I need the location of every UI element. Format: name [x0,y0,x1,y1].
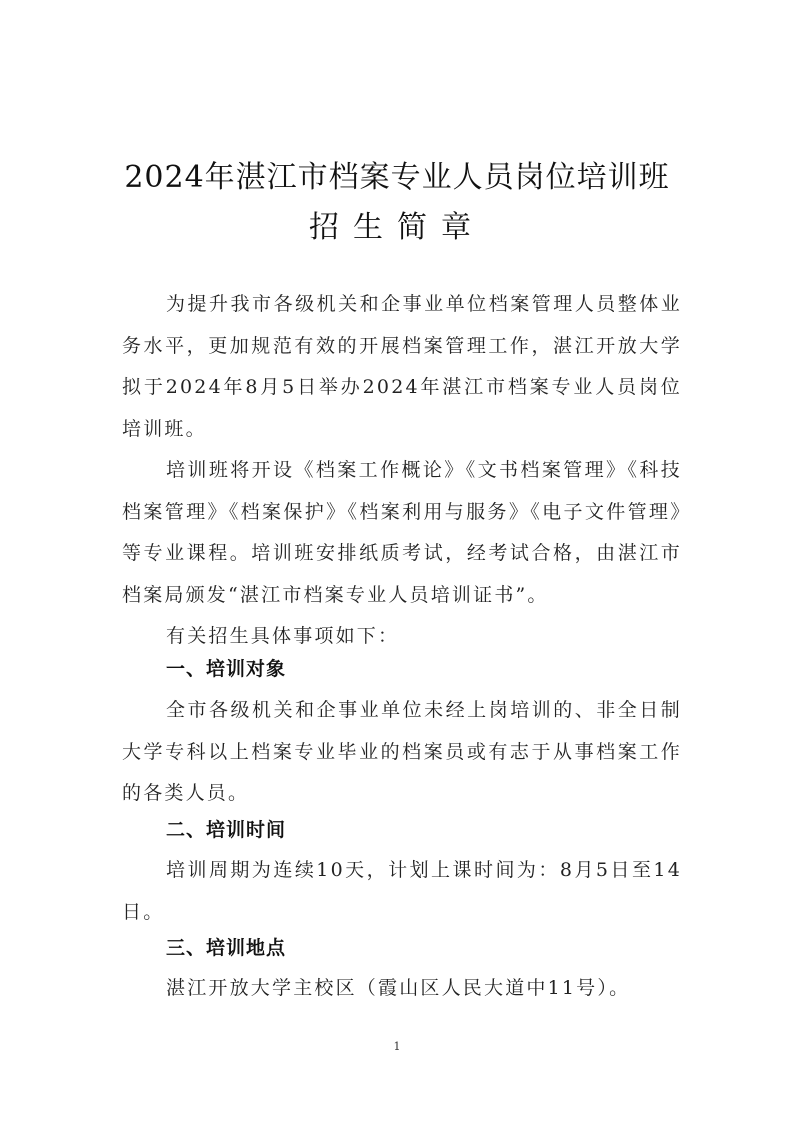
document-subtitle: 招生简章 [0,202,794,246]
details-lead-paragraph: 有关招生具体事项如下： [122,616,682,658]
section-heading-time: 二、培训时间 [166,815,286,842]
section-body-time: 培训周期为连续10天，计划上课时间为：8月5日至14日。 [122,850,682,933]
document-page: 2024年湛江市档案专业人员岗位培训班 招生简章 为提升我市各级机关和企事业单位… [0,0,794,1122]
section-heading-target: 一、培训对象 [166,654,286,681]
page-number: 1 [0,1040,794,1053]
section-heading-location: 三、培训地点 [166,933,286,960]
document-title: 2024年湛江市档案专业人员岗位培训班 [0,152,794,196]
intro-paragraph: 为提升我市各级机关和企事业单位档案管理人员整体业务水平，更加规范有效的开展档案管… [122,284,682,450]
section-body-location: 湛江开放大学主校区（霞山区人民大道中11号）。 [122,968,682,1010]
courses-paragraph: 培训班将开设《档案工作概论》《文书档案管理》《科技档案管理》《档案保护》《档案利… [122,450,682,616]
section-body-target: 全市各级机关和企事业单位未经上岗培训的、非全日制大学专科以上档案专业毕业的档案员… [122,690,682,815]
